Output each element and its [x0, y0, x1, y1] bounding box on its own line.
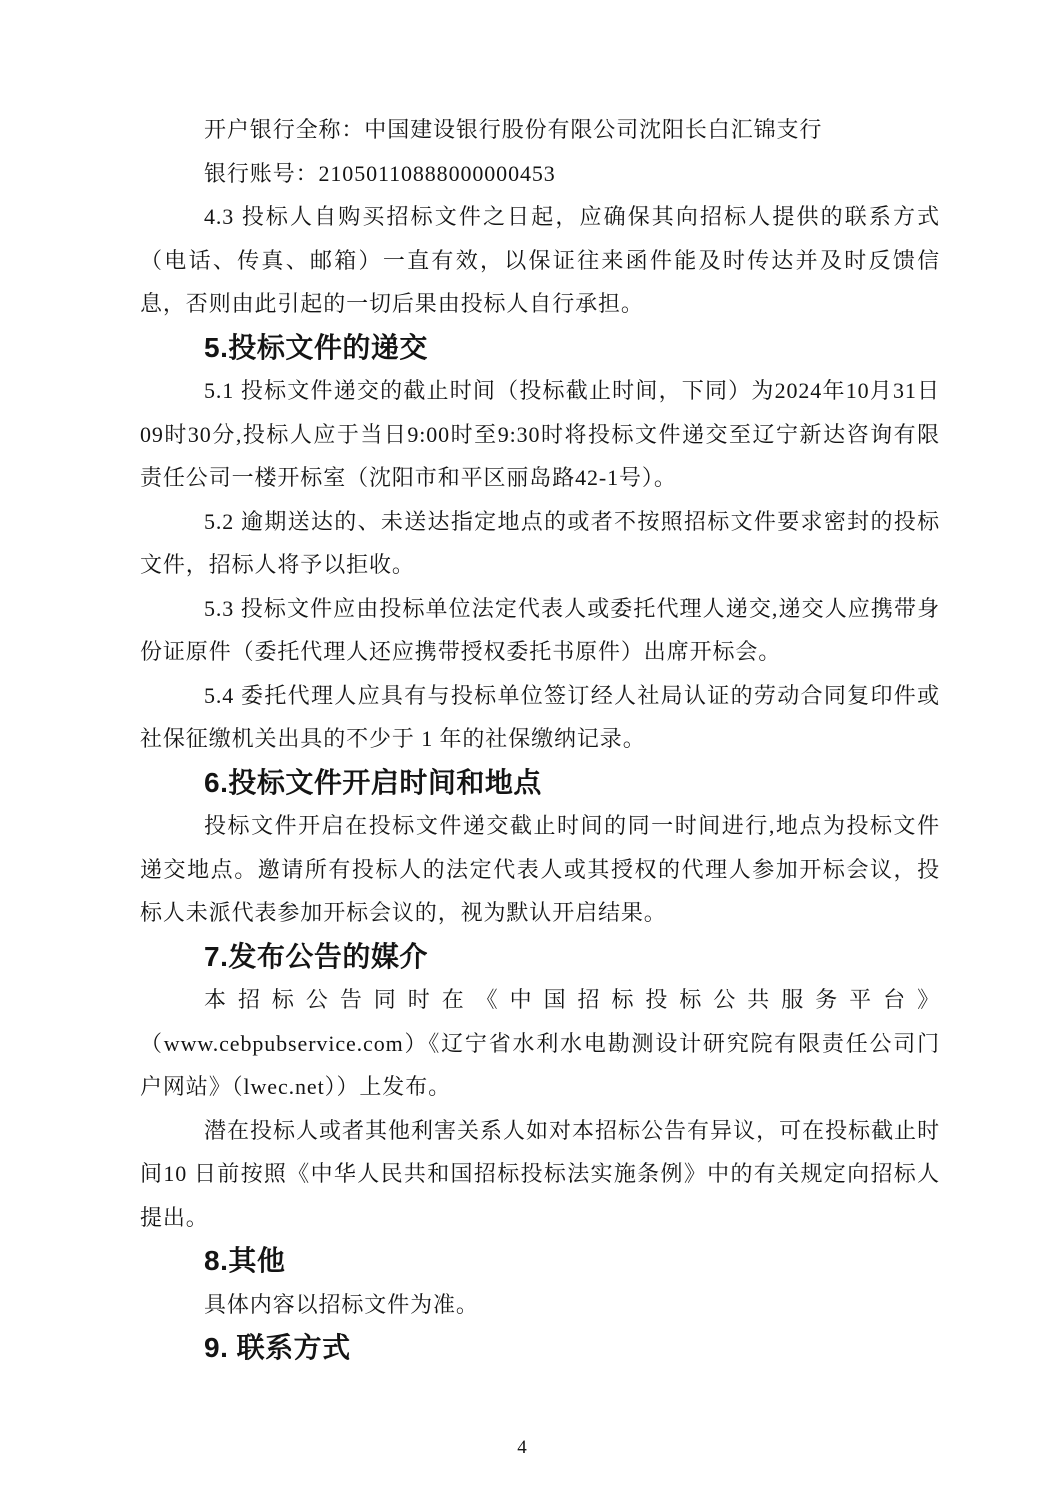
heading-section-9: 9. 联系方式 [140, 1326, 940, 1370]
paragraph-5-2: 5.2 逾期送达的、未送达指定地点的或者不按照招标文件要求密封的投标文件，招标人… [140, 500, 940, 587]
paragraph-bank-name: 开户银行全称：中国建设银行股份有限公司沈阳长白汇锦支行 [140, 108, 940, 152]
paragraph-5-1: 5.1 投标文件递交的截止时间（投标截止时间，下同）为2024年10月31日09… [140, 369, 940, 500]
heading-section-5: 5.投标文件的递交 [140, 326, 940, 370]
document-content: 开户银行全称：中国建设银行股份有限公司沈阳长白汇锦支行 银行账号：2105011… [140, 108, 940, 1370]
heading-section-7: 7.发布公告的媒介 [140, 935, 940, 979]
document-page: 开户银行全称：中国建设银行股份有限公司沈阳长白汇锦支行 银行账号：2105011… [0, 0, 1044, 1499]
page-number: 4 [0, 1436, 1044, 1460]
paragraph-5-4: 5.4 委托代理人应具有与投标单位签订经人社局认证的劳动合同复印件或社保征缴机关… [140, 674, 940, 761]
paragraph-7-media: 本招标公告同时在《中国招标投标公共服务平台》（www.cebpubservice… [140, 978, 940, 1109]
paragraph-7-objection: 潜在投标人或者其他利害关系人如对本招标公告有异议，可在投标截止时间10 日前按照… [140, 1109, 940, 1240]
paragraph-8-body: 具体内容以招标文件为准。 [140, 1283, 940, 1327]
paragraph-6-body: 投标文件开启在投标文件递交截止时间的同一时间进行,地点为投标文件递交地点。邀请所… [140, 804, 940, 935]
heading-section-8: 8.其他 [140, 1239, 940, 1283]
paragraph-5-3: 5.3 投标文件应由投标单位法定代表人或委托代理人递交,递交人应携带身份证原件（… [140, 587, 940, 674]
heading-section-6: 6.投标文件开启时间和地点 [140, 761, 940, 805]
paragraph-4-3: 4.3 投标人自购买招标文件之日起，应确保其向招标人提供的联系方式（电话、传真、… [140, 195, 940, 326]
paragraph-bank-account: 银行账号：21050110888000000453 [140, 152, 940, 196]
